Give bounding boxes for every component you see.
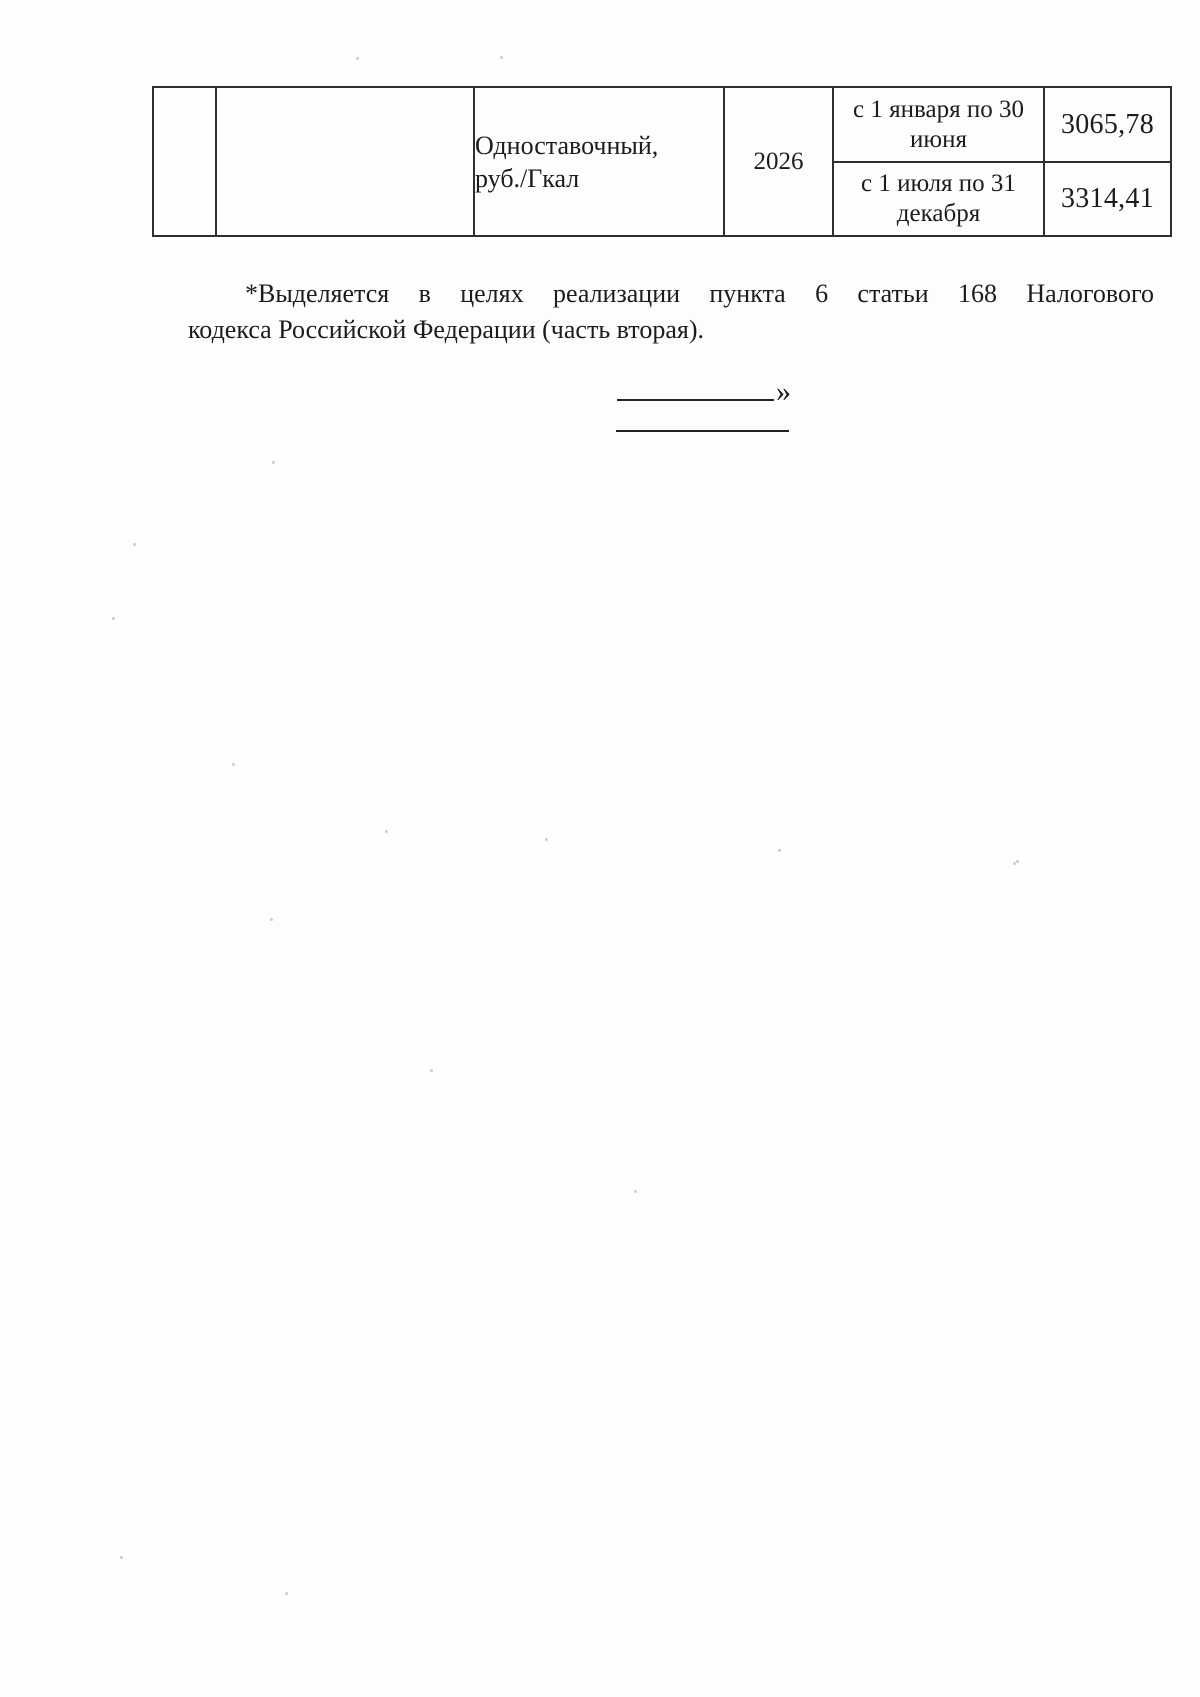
signature-line [616,430,789,432]
scan-speck [120,1556,123,1559]
scan-speck [634,1190,637,1193]
scan-speck [270,918,273,921]
period-cell: с 1 января по 30 июня [833,87,1044,162]
tariff-type-cell: Одноставочный, руб./Гкал [474,87,724,236]
tariff-value-cell: 3314,41 [1044,162,1171,236]
scan-speck [500,56,503,59]
scan-speck [232,763,235,766]
document-page: Одноставочный, руб./Гкал 2026 с 1 января… [0,0,1200,1697]
footnote: *Выделяется в целях реализации пункта 6 … [188,276,1154,348]
signature-line [617,377,774,401]
scan-speck [778,849,781,852]
footnote-line: *Выделяется в целях реализации пункта 6 … [188,276,1154,312]
scan-speck [385,830,388,833]
closing-quote-mark: » [776,382,791,402]
scan-speck [1016,860,1019,863]
scan-speck [133,543,136,546]
signature-line-with-quote: » [617,377,791,401]
year-cell: 2026 [724,87,833,236]
table-row: Одноставочный, руб./Гкал 2026 с 1 января… [153,87,1171,162]
table-cell-index-empty [153,87,216,236]
scan-speck [356,57,359,60]
scan-speck [285,1592,288,1595]
tariff-table: Одноставочный, руб./Гкал 2026 с 1 января… [152,86,1172,237]
period-cell: с 1 июля по 31 декабря [833,162,1044,236]
scan-speck [272,461,275,464]
scan-speck [545,838,548,841]
scan-speck [112,617,115,620]
table-cell-name-empty [216,87,474,236]
scan-speck [430,1069,433,1072]
footnote-line: кодекса Российской Федерации (часть втор… [188,312,1154,348]
tariff-value-cell: 3065,78 [1044,87,1171,162]
